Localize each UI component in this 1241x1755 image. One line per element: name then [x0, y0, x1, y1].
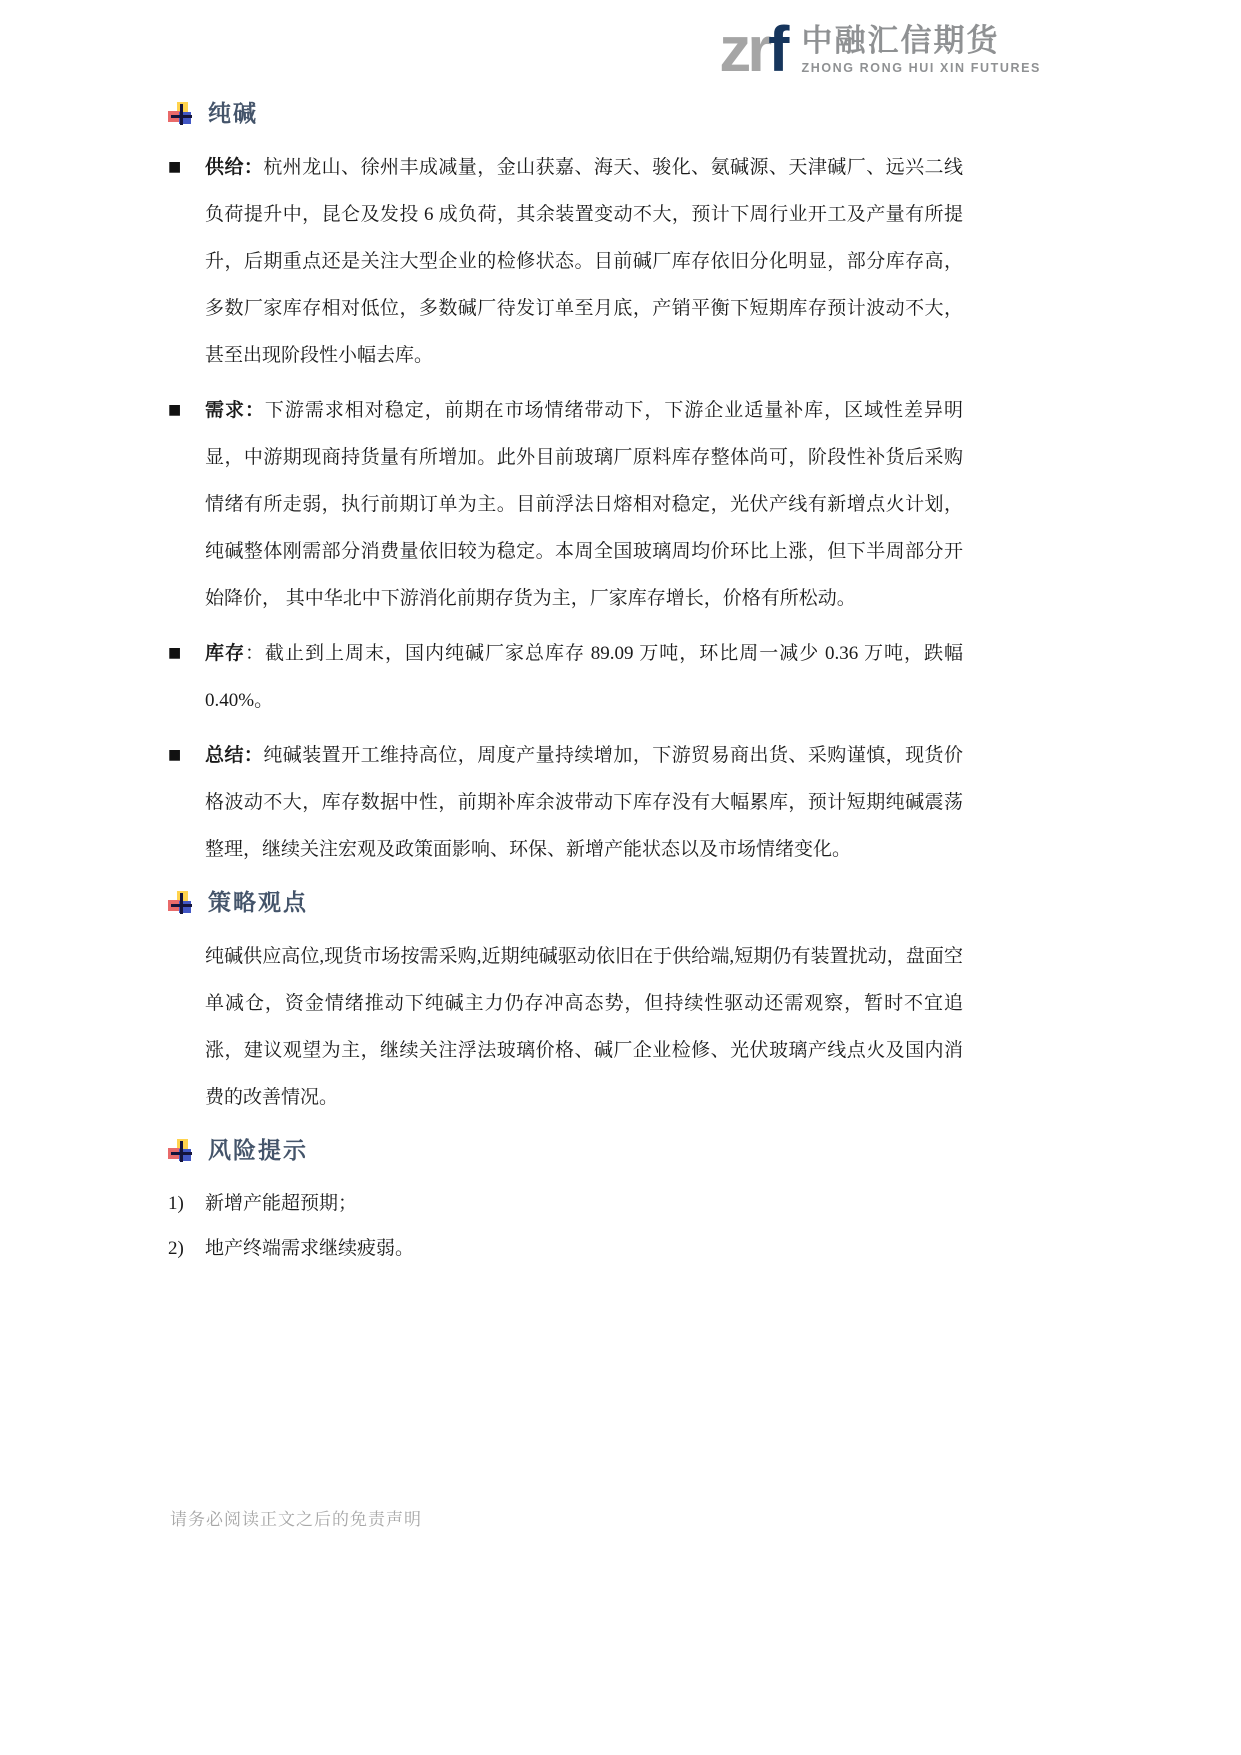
risk-item-text: 新增产能超预期； — [205, 1181, 357, 1226]
risk-item-text: 地产终端需求继续疲弱。 — [205, 1226, 414, 1271]
bullet-inventory: ■ 库存：截止到上周末，国内纯碱厂家总库存 89.09 万吨，环比周一减少 0.… — [168, 630, 963, 724]
bullet-paragraph: 总结：纯碱装置开工维持高位，周度产量持续增加，下游贸易商出货、采购谨慎，现货价格… — [205, 732, 963, 873]
company-logo: zrf 中融汇信期货 ZHONG RONG HUI XIN FUTURES — [719, 20, 1041, 78]
logo-names: 中融汇信期货 ZHONG RONG HUI XIN FUTURES — [801, 24, 1041, 75]
risk-item-number: 1) — [168, 1181, 205, 1226]
section-header-strategy: 策略观点 — [168, 887, 963, 919]
bullet-paragraph: 库存：截止到上周末，国内纯碱厂家总库存 89.09 万吨，环比周一减少 0.36… — [205, 630, 963, 724]
logo-company-name-cn: 中融汇信期货 — [801, 24, 1041, 58]
section-title: 纯碱 — [208, 98, 258, 130]
bullet-text: 纯碱装置开工维持高位，周度产量持续增加，下游贸易商出货、采购谨慎，现货价格波动不… — [205, 745, 963, 860]
report-page: zrf 中融汇信期货 ZHONG RONG HUI XIN FUTURES 纯碱… — [0, 0, 1241, 1755]
section-title: 风险提示 — [208, 1135, 308, 1167]
footer-disclaimer: 请务必阅读正文之后的免责声明 — [170, 1505, 422, 1530]
bullet-text: ：截止到上周末，国内纯碱厂家总库存 89.09 万吨，环比周一减少 0.36 万… — [205, 643, 963, 711]
bullet-text: 杭州龙山、徐州丰成减量，金山获嘉、海天、骏化、氨碱源、天津碱厂、远兴二线负荷提升… — [205, 157, 963, 366]
bullet-demand: ■ 需求：下游需求相对稳定，前期在市场情绪带动下，下游企业适量补库，区域性差异明… — [168, 387, 963, 622]
strategy-paragraph: 纯碱供应高位,现货市场按需采购,近期纯碱驱动依旧在于供给端,短期仍有装置扰动，盘… — [205, 933, 963, 1121]
risk-item-number: 2) — [168, 1226, 205, 1271]
risk-item-1: 1) 新增产能超预期； — [168, 1181, 963, 1226]
bullet-label: 总结： — [205, 745, 263, 766]
logo-zrf-mark: zrf — [719, 20, 785, 78]
bullet-label: 需求： — [205, 400, 265, 421]
bullet-summary: ■ 总结：纯碱装置开工维持高位，周度产量持续增加，下游贸易商出货、采购谨慎，现货… — [168, 732, 963, 873]
logo-letter-f: f — [768, 13, 785, 85]
section-header-risk: 风险提示 — [168, 1135, 963, 1167]
report-body: 纯碱 ■ 供给：杭州龙山、徐州丰成减量，金山获嘉、海天、骏化、氨碱源、天津碱厂、… — [168, 98, 963, 1271]
bullet-paragraph: 供给：杭州龙山、徐州丰成减量，金山获嘉、海天、骏化、氨碱源、天津碱厂、远兴二线负… — [205, 144, 963, 379]
square-bullet-icon: ■ — [168, 144, 205, 379]
bullet-label: 供给： — [205, 157, 263, 178]
risk-item-2: 2) 地产终端需求继续疲弱。 — [168, 1226, 963, 1271]
section-header-soda-ash: 纯碱 — [168, 98, 963, 130]
logo-company-name-en: ZHONG RONG HUI XIN FUTURES — [801, 61, 1041, 75]
section-marker-icon — [168, 102, 192, 126]
section-marker-icon — [168, 1139, 192, 1163]
square-bullet-icon: ■ — [168, 732, 205, 873]
square-bullet-icon: ■ — [168, 387, 205, 622]
logo-letters-zr: zr — [719, 13, 768, 85]
section-title: 策略观点 — [208, 887, 308, 919]
bullet-label: 库存 — [205, 643, 245, 664]
section-marker-icon — [168, 891, 192, 915]
square-bullet-icon: ■ — [168, 630, 205, 724]
bullet-paragraph: 需求：下游需求相对稳定，前期在市场情绪带动下，下游企业适量补库，区域性差异明显，… — [205, 387, 963, 622]
bullet-text: 下游需求相对稳定，前期在市场情绪带动下，下游企业适量补库，区域性差异明显，中游期… — [205, 400, 963, 609]
bullet-supply: ■ 供给：杭州龙山、徐州丰成减量，金山获嘉、海天、骏化、氨碱源、天津碱厂、远兴二… — [168, 144, 963, 379]
